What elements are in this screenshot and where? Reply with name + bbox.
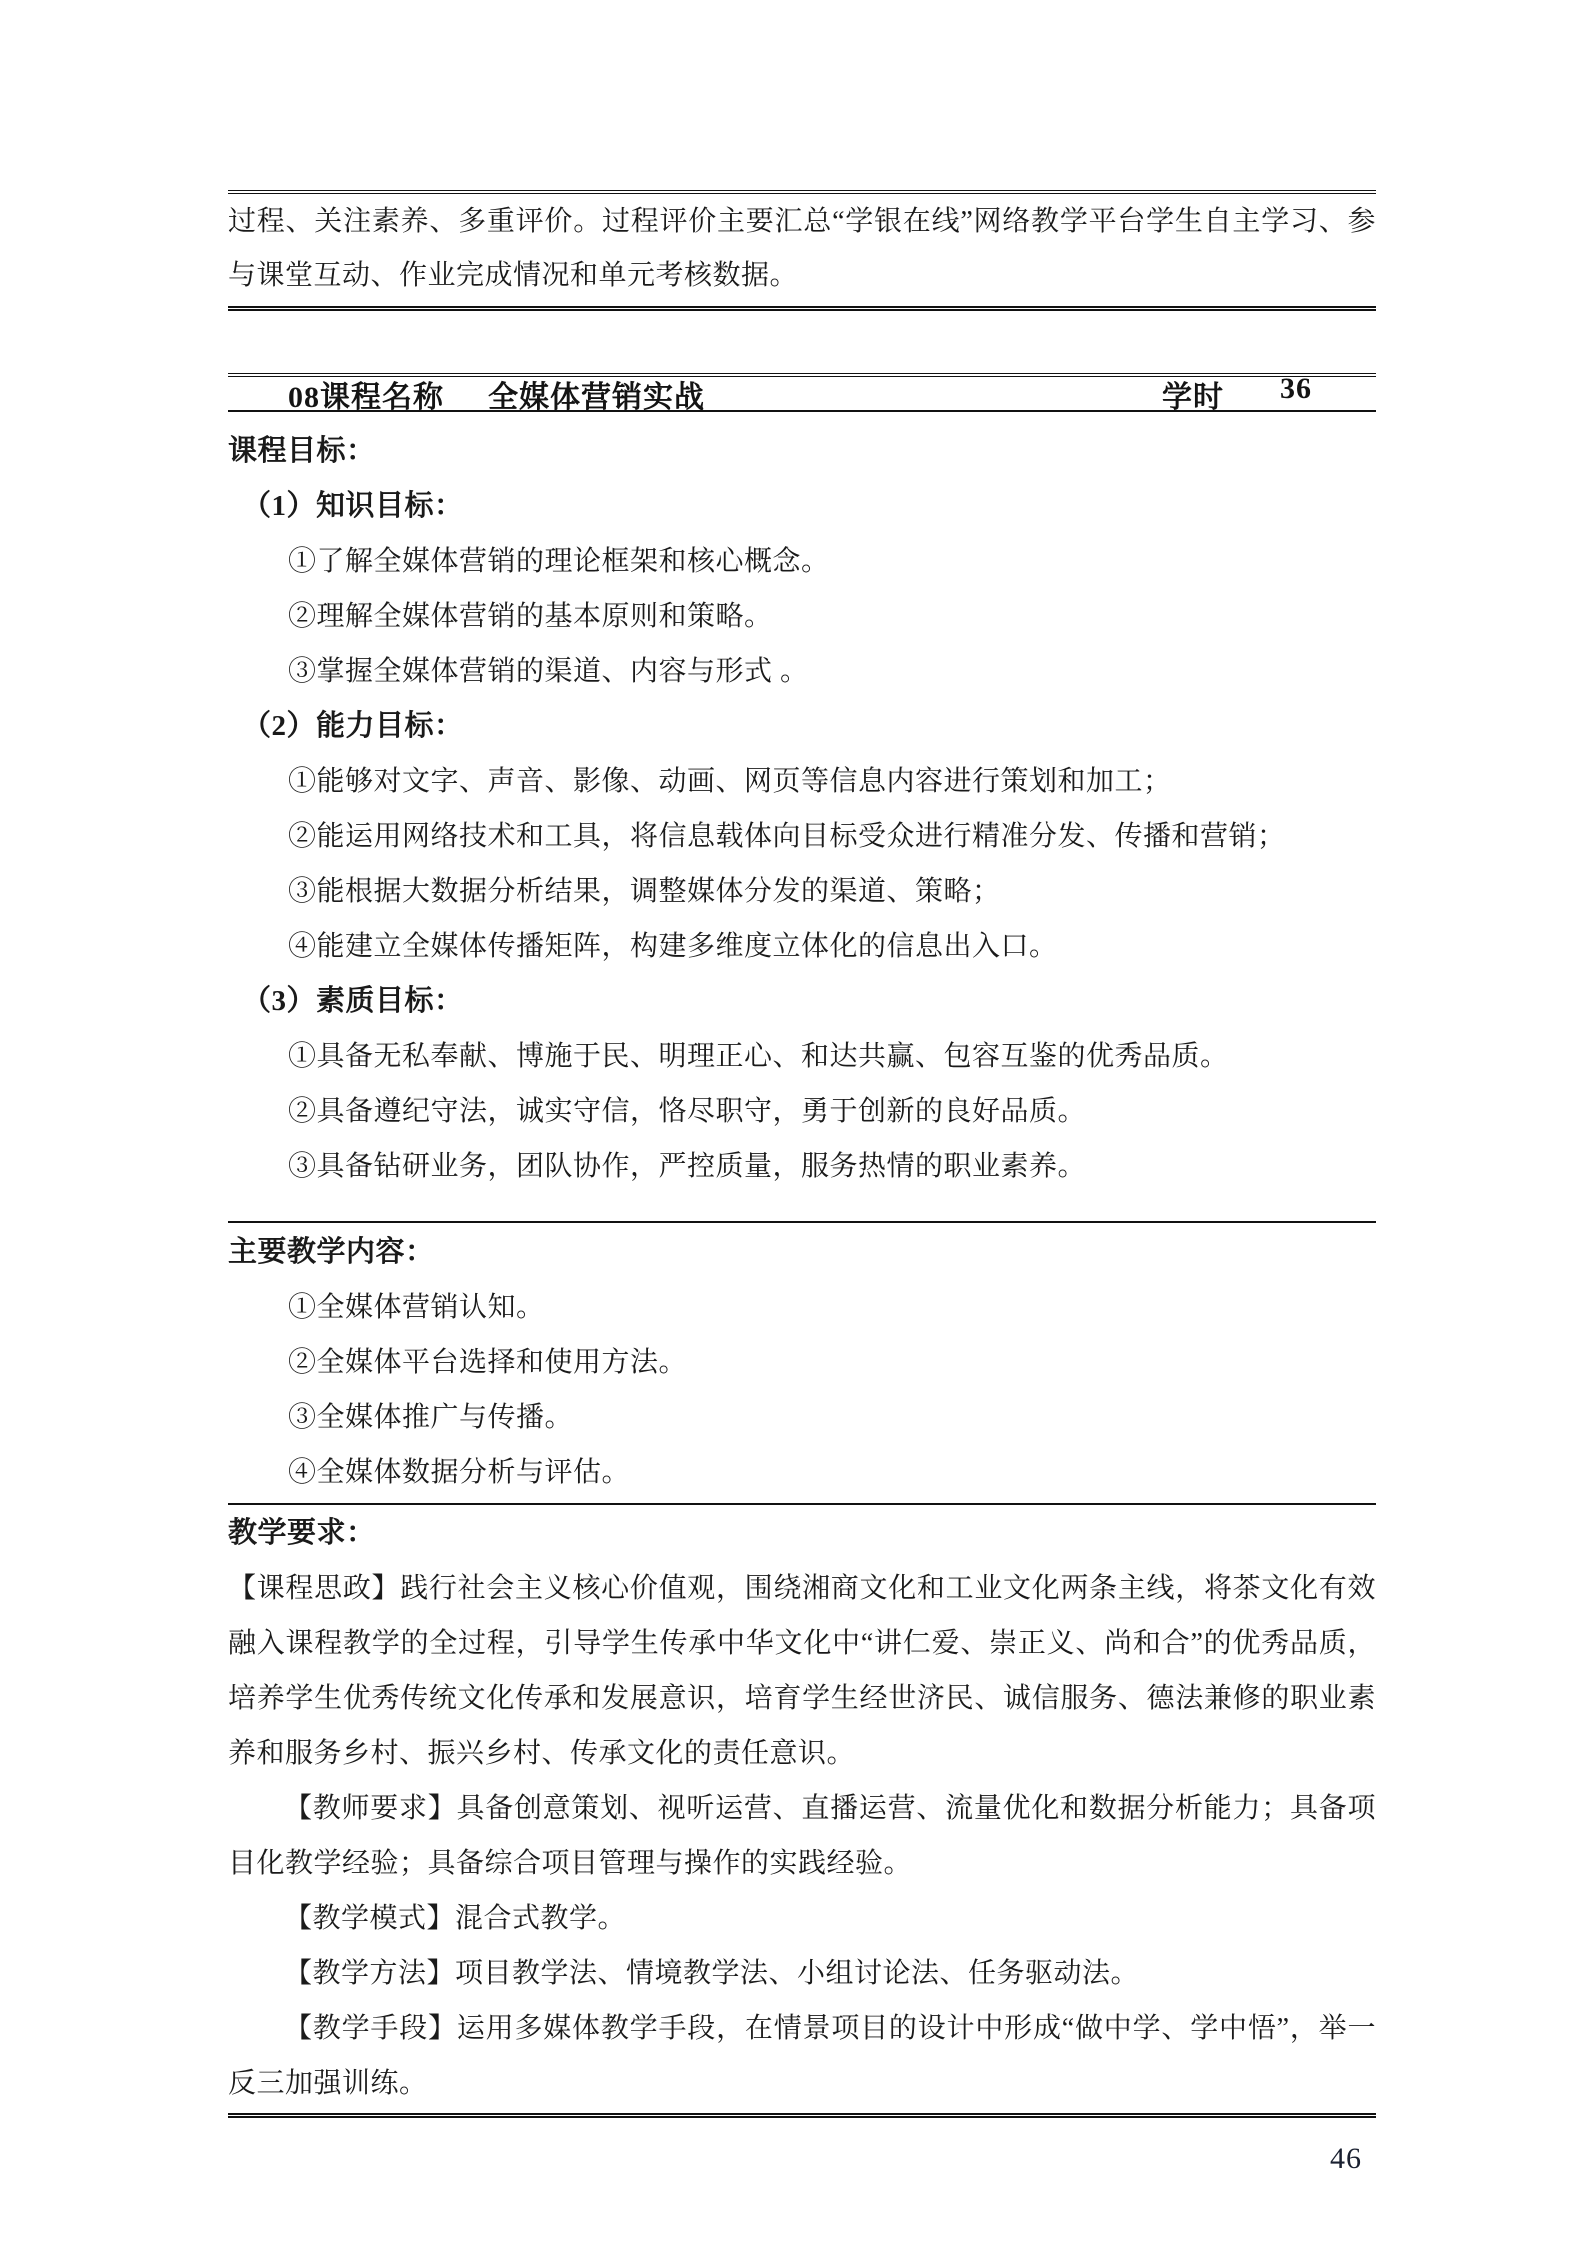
requirement-means-paragraph: 【教学手段】运用多媒体教学手段，在情景项目的设计中形成“做中学、学中悟”，举一反… (228, 2001, 1376, 2111)
section-gap (228, 311, 1376, 373)
knowledge-item: ③掌握全媒体营销的渠道、内容与形式 。 (228, 644, 1376, 699)
course-number-label: 08课程名称 (288, 372, 444, 416)
course-title-group: 08课程名称 全媒体营销实战 (228, 372, 705, 416)
requirement-mode-paragraph: 【教学模式】混合式教学。 (228, 1891, 1376, 1946)
teaching-content-item: ①全媒体营销认知。 (228, 1280, 1376, 1335)
knowledge-objectives-title: （1）知识目标： (228, 479, 1376, 534)
quality-item: ①具备无私奉献、博施于民、明理正心、和达共赢、包容互鉴的优秀品质。 (228, 1029, 1376, 1084)
requirement-teacher-paragraph: 【教师要求】具备创意策划、视听运营、直播运营、流量优化和数据分析能力；具备项目化… (228, 1781, 1376, 1891)
teaching-requirements-title: 教学要求： (228, 1506, 1376, 1561)
hours-value: 36 (1280, 372, 1312, 416)
requirement-method-paragraph: 【教学方法】项目教学法、情境教学法、小组讨论法、任务驱动法。 (228, 1946, 1376, 2001)
teaching-content-item: ③全媒体推广与传播。 (228, 1390, 1376, 1445)
course-hours-group: 学时 36 (1162, 372, 1376, 416)
knowledge-item: ②理解全媒体营销的基本原则和策略。 (228, 589, 1376, 644)
course-name: 全媒体营销实战 (488, 372, 705, 416)
teaching-content-item: ④全媒体数据分析与评估。 (228, 1445, 1376, 1500)
knowledge-item: ①了解全媒体营销的理论框架和核心概念。 (228, 534, 1376, 589)
previous-section-text: 过程、关注素养、多重评价。过程评价主要汇总“学银在线”网络教学平台学生自主学习、… (228, 195, 1376, 303)
quality-objectives-title: （3）素质目标： (228, 974, 1376, 1029)
page-number: 46 (228, 2142, 1376, 2176)
ability-item: ④能建立全媒体传播矩阵，构建多维度立体化的信息出入口。 (228, 919, 1376, 974)
course-header-row: 08课程名称 全媒体营销实战 学时 36 (228, 373, 1376, 412)
course-objectives-section: 课程目标： （1）知识目标： ①了解全媒体营销的理论框架和核心概念。 ②理解全媒… (228, 412, 1376, 1223)
quality-item: ②具备遵纪守法，诚实守信，恪尽职守，勇于创新的良好品质。 (228, 1084, 1376, 1139)
ability-objectives-title: （2）能力目标： (228, 699, 1376, 754)
ability-item: ①能够对文字、声音、影像、动画、网页等信息内容进行策划和加工； (228, 754, 1376, 809)
ability-item: ③能根据大数据分析结果，调整媒体分发的渠道、策略； (228, 864, 1376, 919)
quality-item: ③具备钻研业务，团队协作，严控质量，服务热情的职业素养。 (228, 1139, 1376, 1194)
requirement-ideology-paragraph: 【课程思政】践行社会主义核心价值观，围绕湘商文化和工业文化两条主线，将茶文化有效… (228, 1561, 1376, 1781)
document-page: 过程、关注素养、多重评价。过程评价主要汇总“学银在线”网络教学平台学生自主学习、… (228, 0, 1376, 2176)
course-objectives-title: 课程目标： (228, 424, 1376, 479)
teaching-requirements-section: 教学要求： 【课程思政】践行社会主义核心价值观，围绕湘商文化和工业文化两条主线，… (228, 1505, 1376, 2118)
hours-label: 学时 (1162, 372, 1224, 416)
previous-section-block: 过程、关注素养、多重评价。过程评价主要汇总“学银在线”网络教学平台学生自主学习、… (228, 190, 1376, 311)
ability-item: ②能运用网络技术和工具，将信息载体向目标受众进行精准分发、传播和营销； (228, 809, 1376, 864)
teaching-content-title: 主要教学内容： (228, 1225, 1376, 1280)
teaching-content-item: ②全媒体平台选择和使用方法。 (228, 1335, 1376, 1390)
teaching-content-section: 主要教学内容： ①全媒体营销认知。 ②全媒体平台选择和使用方法。 ③全媒体推广与… (228, 1223, 1376, 1505)
